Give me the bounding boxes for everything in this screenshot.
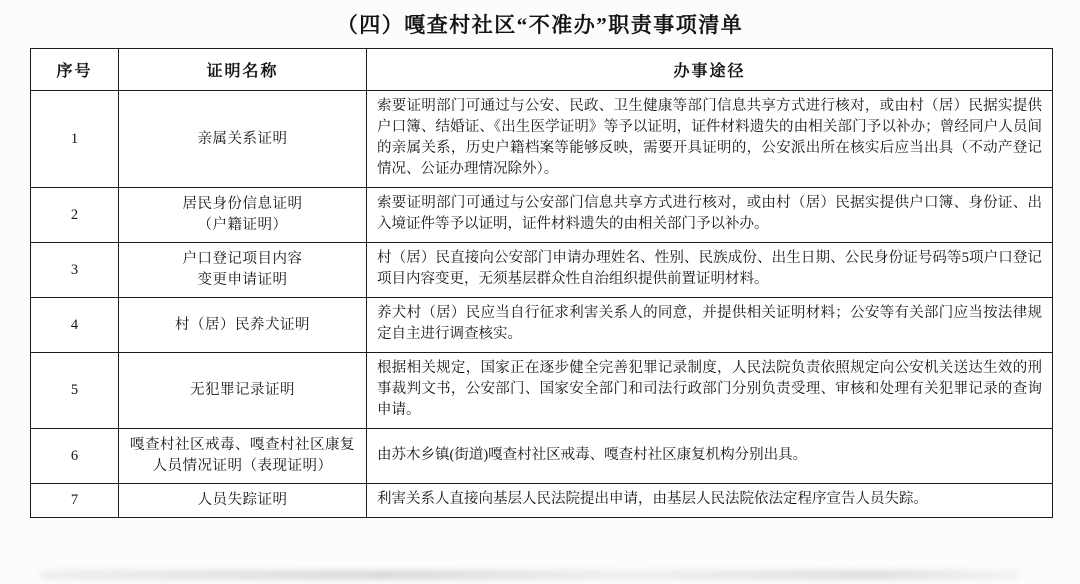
column-header-certificate-name: 证明名称 <box>119 49 367 91</box>
table-row: 4村（居）民养犬证明养犬村（居）民应当自行征求利害关系人的同意，并提供相关证明材… <box>31 298 1053 353</box>
certificate-name: 居民身份信息证明 （户籍证明） <box>119 188 367 243</box>
column-header-number: 序号 <box>31 49 119 91</box>
row-number: 7 <box>31 484 119 518</box>
page-title: （四）嘎查村社区“不准办”职责事项清单 <box>0 0 1080 48</box>
certificate-name: 人员失踪证明 <box>119 484 367 518</box>
table-header-row: 序号 证明名称 办事途径 <box>31 49 1053 91</box>
table-row: 3户口登记项目内容 变更申请证明村（居）民直接向公安部门申请办理姓名、性别、民族… <box>31 243 1053 298</box>
certificate-name: 村（居）民养犬证明 <box>119 298 367 353</box>
row-number: 1 <box>31 91 119 188</box>
handling-channel: 索要证明部门可通过与公安部门信息共享方式进行核对，或由村（居）民据实提供户口簿、… <box>367 188 1053 243</box>
table-row: 7人员失踪证明利害关系人直接向基层人民法院提出申请，由基层人民法院依法定程序宣告… <box>31 484 1053 518</box>
table-row: 2居民身份信息证明 （户籍证明）索要证明部门可通过与公安部门信息共享方式进行核对… <box>31 188 1053 243</box>
table-row: 6嘎查村社区戒毒、嘎查村社区康复人员情况证明（表现证明）由苏木乡镇(街道)嘎查村… <box>31 429 1053 484</box>
certificate-name: 亲属关系证明 <box>119 91 367 188</box>
handling-channel: 索要证明部门可通过与公安、民政、卫生健康等部门信息共享方式进行核对，或由村（居）… <box>367 91 1053 188</box>
document-page: （四）嘎查村社区“不准办”职责事项清单 序号 证明名称 办事途径 1亲属关系证明… <box>0 0 1080 584</box>
handling-channel: 根据相关规定，国家正在逐步健全完善犯罪记录制度，人民法院负责依照规定向公安机关送… <box>367 353 1053 429</box>
row-number: 4 <box>31 298 119 353</box>
table-row: 1亲属关系证明索要证明部门可通过与公安、民政、卫生健康等部门信息共享方式进行核对… <box>31 91 1053 188</box>
table-row: 5无犯罪记录证明根据相关规定，国家正在逐步健全完善犯罪记录制度，人民法院负责依照… <box>31 353 1053 429</box>
certificate-name: 户口登记项目内容 变更申请证明 <box>119 243 367 298</box>
row-number: 2 <box>31 188 119 243</box>
handling-channel: 利害关系人直接向基层人民法院提出申请，由基层人民法院依法定程序宣告人员失踪。 <box>367 484 1053 518</box>
certificate-name: 嘎查村社区戒毒、嘎查村社区康复人员情况证明（表现证明） <box>119 429 367 484</box>
row-number: 5 <box>31 353 119 429</box>
row-number: 6 <box>31 429 119 484</box>
certificate-name: 无犯罪记录证明 <box>119 353 367 429</box>
handling-channel: 村（居）民直接向公安部门申请办理姓名、性别、民族成份、出生日期、公民身份证号码等… <box>367 243 1053 298</box>
responsibility-table: 序号 证明名称 办事途径 1亲属关系证明索要证明部门可通过与公安、民政、卫生健康… <box>30 48 1053 518</box>
handling-channel: 由苏木乡镇(街道)嘎查村社区戒毒、嘎查村社区康复机构分别出具。 <box>367 429 1053 484</box>
row-number: 3 <box>31 243 119 298</box>
handling-channel: 养犬村（居）民应当自行征求利害关系人的同意，并提供相关证明材料；公安等有关部门应… <box>367 298 1053 353</box>
scan-artifact <box>40 570 1020 580</box>
column-header-handling-channel: 办事途径 <box>367 49 1053 91</box>
